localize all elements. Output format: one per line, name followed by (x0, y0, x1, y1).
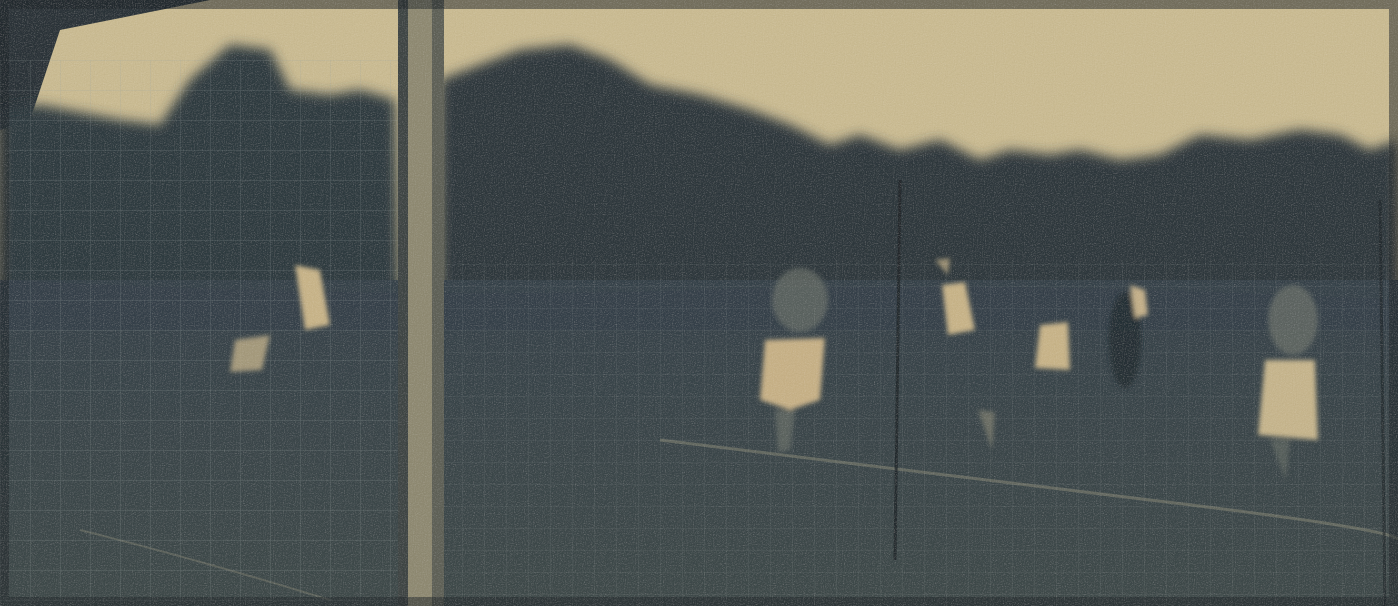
vintage-photograph (0, 0, 1398, 606)
photo-scene (0, 0, 1398, 606)
